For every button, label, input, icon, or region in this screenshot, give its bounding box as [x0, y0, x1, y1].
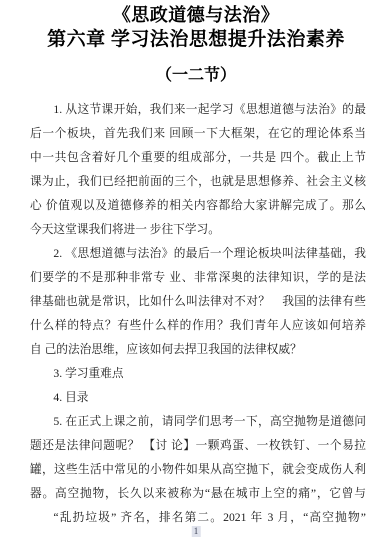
body-line: 心 价值观以及道德修养的相关内容都给大家讲解完成了。那么	[30, 194, 366, 218]
chapter-title: 第六章 学习法治思想提升法治素养	[0, 26, 392, 54]
page-number: 1	[192, 526, 201, 537]
body-line: 2. 《思想道德与法治》的最后一个理论板块叫法律基础，我	[30, 242, 366, 266]
document-title: 《思政道德与法治》	[0, 0, 392, 26]
document-page: 《思政道德与法治》 第六章 学习法治思想提升法治素养 （一二节） 1. 从这节课…	[0, 0, 392, 550]
body-line: 罐，这些生活中常见的小物件如果从高空抛下，就会变成伤人利	[30, 458, 366, 482]
body-line: 课为止，我们已经把前面的三个，也就是思想修养、社会主义核	[30, 170, 366, 194]
body-line: 题还是法律问题呢？ 【讨 论】一颗鸡蛋、一枚铁钉、一个易拉	[30, 434, 366, 458]
body-line: 1. 从这节课开始，我们来一起学习《思想道德与法治》的最	[30, 98, 366, 122]
section-subtitle: （一二节）	[0, 64, 392, 88]
document-body: 1. 从这节课开始，我们来一起学习《思想道德与法治》的最 后一个板块，首先我们来…	[0, 98, 392, 530]
body-line: 4. 目录	[30, 386, 366, 410]
body-line: 们要学的不是那种非常专 业、非常深奥的法律知识，学的是法	[30, 266, 366, 290]
body-line: 中一共包含着好几个重要的组成部分，一共是 四个。截止上节	[30, 146, 366, 170]
body-line: 自 己的法治思维，应该如何去捍卫我国的法律权威？	[30, 338, 366, 362]
body-line: 什么样的特点？有些什么样的作用？我们青年人应该如何培养	[30, 314, 366, 338]
body-line: 律基础也就是常识，比如什么叫法律对不对？ 我国的法律有些	[30, 290, 366, 314]
body-line: 5. 在正式上课之前，请同学们思考一下，高空抛物是道德问	[30, 410, 366, 434]
body-line: 后一个板块，首先我们来 回顾一下大框架，在它的理论体系当	[30, 122, 366, 146]
body-line: 3. 学习重难点	[30, 362, 366, 386]
body-line: 今天这堂课我们将进一 步往下学习。	[30, 218, 366, 242]
body-line: 器。高空抛物，长久以来被称为“悬在城市上空的痛”，它曾与	[30, 482, 366, 506]
title-block: 《思政道德与法治》 第六章 学习法治思想提升法治素养 （一二节）	[0, 0, 392, 88]
